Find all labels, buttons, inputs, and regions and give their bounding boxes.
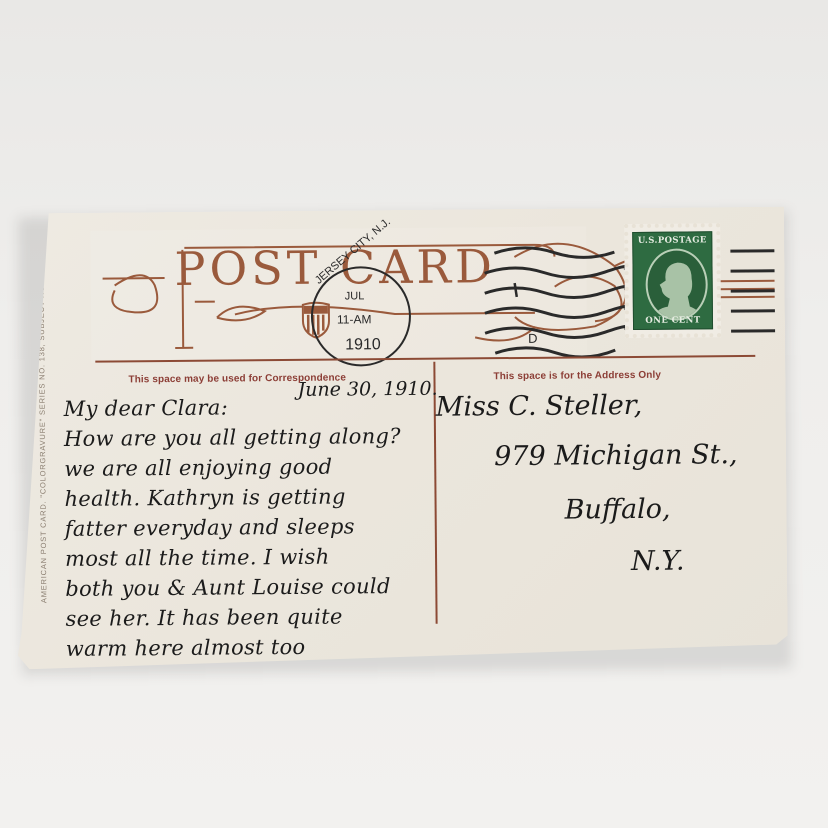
message-line: My dear Clara: bbox=[64, 396, 229, 421]
address-line: 979 Michigan St., bbox=[494, 439, 738, 472]
message-line: both you & Aunt Louise could bbox=[65, 574, 391, 601]
message-line: How are you all getting along? bbox=[64, 424, 401, 451]
address-line: Buffalo, bbox=[564, 494, 670, 526]
address-line: N.Y. bbox=[631, 546, 685, 577]
message-date: June 30, 1910. bbox=[297, 378, 437, 401]
postmark-year: 1910 bbox=[345, 336, 381, 354]
postmark-circle: JERSEY CITY, N.J. JUL 11-AM 1910 bbox=[311, 266, 412, 367]
postcard: POST CARD D J bbox=[14, 207, 788, 670]
postmark-cancel-letter: D bbox=[528, 331, 538, 346]
message-line: we are all enjoying good bbox=[64, 455, 332, 481]
message-line: see her. It has been quite bbox=[65, 605, 342, 631]
message-line: health. Kathryn is getting bbox=[64, 484, 345, 510]
message-line: warm here almost too bbox=[66, 635, 306, 661]
postmark-time: 11-AM bbox=[337, 312, 372, 326]
address-label: This space is for the Address Only bbox=[493, 370, 661, 382]
stamp-bottom-text: ONE CENT bbox=[634, 315, 712, 326]
wavy-cancellation-lines-icon bbox=[454, 231, 785, 374]
stamp-top-text: U.S.POSTAGE bbox=[633, 235, 711, 246]
address-line: Miss C. Steller, bbox=[436, 390, 643, 423]
postmark-month: JUL bbox=[345, 290, 365, 302]
message-line: fatter everyday and sleeps bbox=[65, 514, 355, 541]
message-line: most all the time. I wish bbox=[65, 545, 330, 571]
franklin-portrait-icon bbox=[645, 248, 708, 321]
postage-stamp: U.S.POSTAGE ONE CENT bbox=[624, 223, 721, 338]
